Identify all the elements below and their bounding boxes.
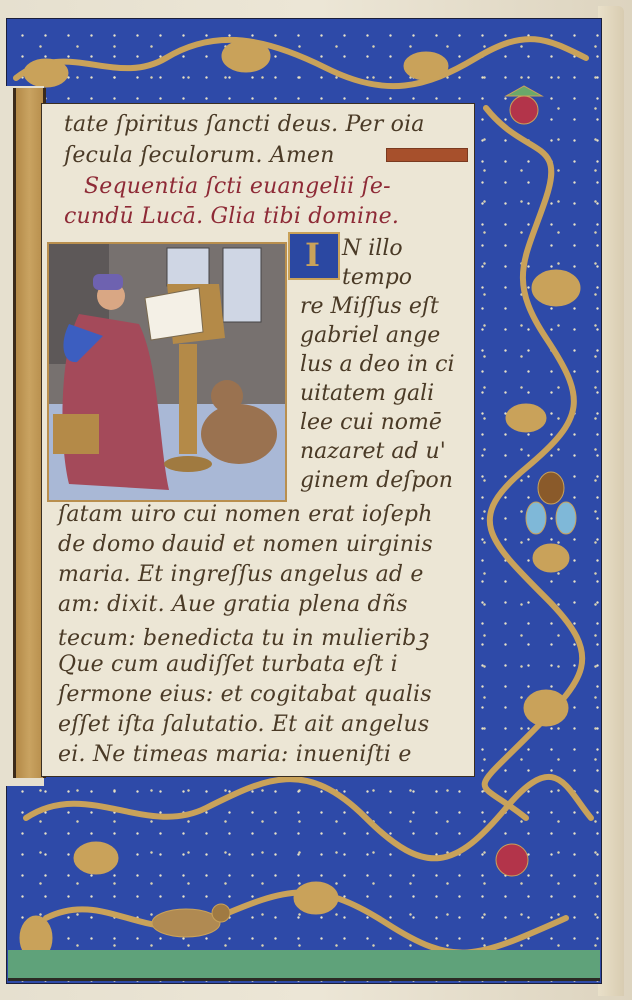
rubric-line: cundū Lucā. Glia tibi domine. <box>64 204 399 229</box>
text-line: ſatam uiro cui nomen erat ioſeph <box>58 502 433 527</box>
line-filler-ornament <box>386 148 468 162</box>
grass-strip <box>8 950 600 981</box>
initial-letter: I <box>305 236 320 274</box>
decorated-initial: I <box>288 232 340 280</box>
strawberry-top <box>510 96 538 124</box>
text-line: ei. Ne timeas maria: inueniſti e <box>58 742 412 767</box>
text-line: eſſet iſta ſalutatio. Et ait angelus <box>58 712 429 737</box>
text-line: maria. Et ingreſſus angelus ad e <box>58 562 424 587</box>
miniature-illustration <box>49 244 285 500</box>
strawberry-bottom <box>496 844 528 876</box>
column-line: ginem deſpon <box>300 468 453 493</box>
text-line: Que cum audiſſet turbata eſt i <box>58 652 398 677</box>
text-line: ſecula ſeculorum. Amen <box>64 143 335 168</box>
rubric-line: Sequentia ſcti euangelii ſe- <box>84 174 391 199</box>
text-line: ſermone eius: et cogitabat qualis <box>58 682 432 707</box>
column-line: gabriel ange <box>300 323 440 348</box>
column-line: N illo <box>342 236 403 261</box>
column-line: lee cui nomē <box>300 410 442 435</box>
miniature-saint-luke <box>47 242 287 502</box>
column-line: re Miſſus eſt <box>300 294 439 319</box>
text-line: tecum: benedicta tu in mulieribꝫ <box>58 622 428 652</box>
text-line: de domo dauid et nomen uirginis <box>58 532 433 557</box>
column-line: lus a deo in ci <box>300 352 455 377</box>
column-line: nazaret ad u' <box>300 439 446 464</box>
column-line: uitatem gali <box>300 381 434 406</box>
text-line: tate ſpiritus ſancti deus. Per oia <box>64 112 425 137</box>
column-line: tempo <box>342 265 412 290</box>
text-line: am: dixit. Aue gratia plena dñs <box>58 592 408 617</box>
